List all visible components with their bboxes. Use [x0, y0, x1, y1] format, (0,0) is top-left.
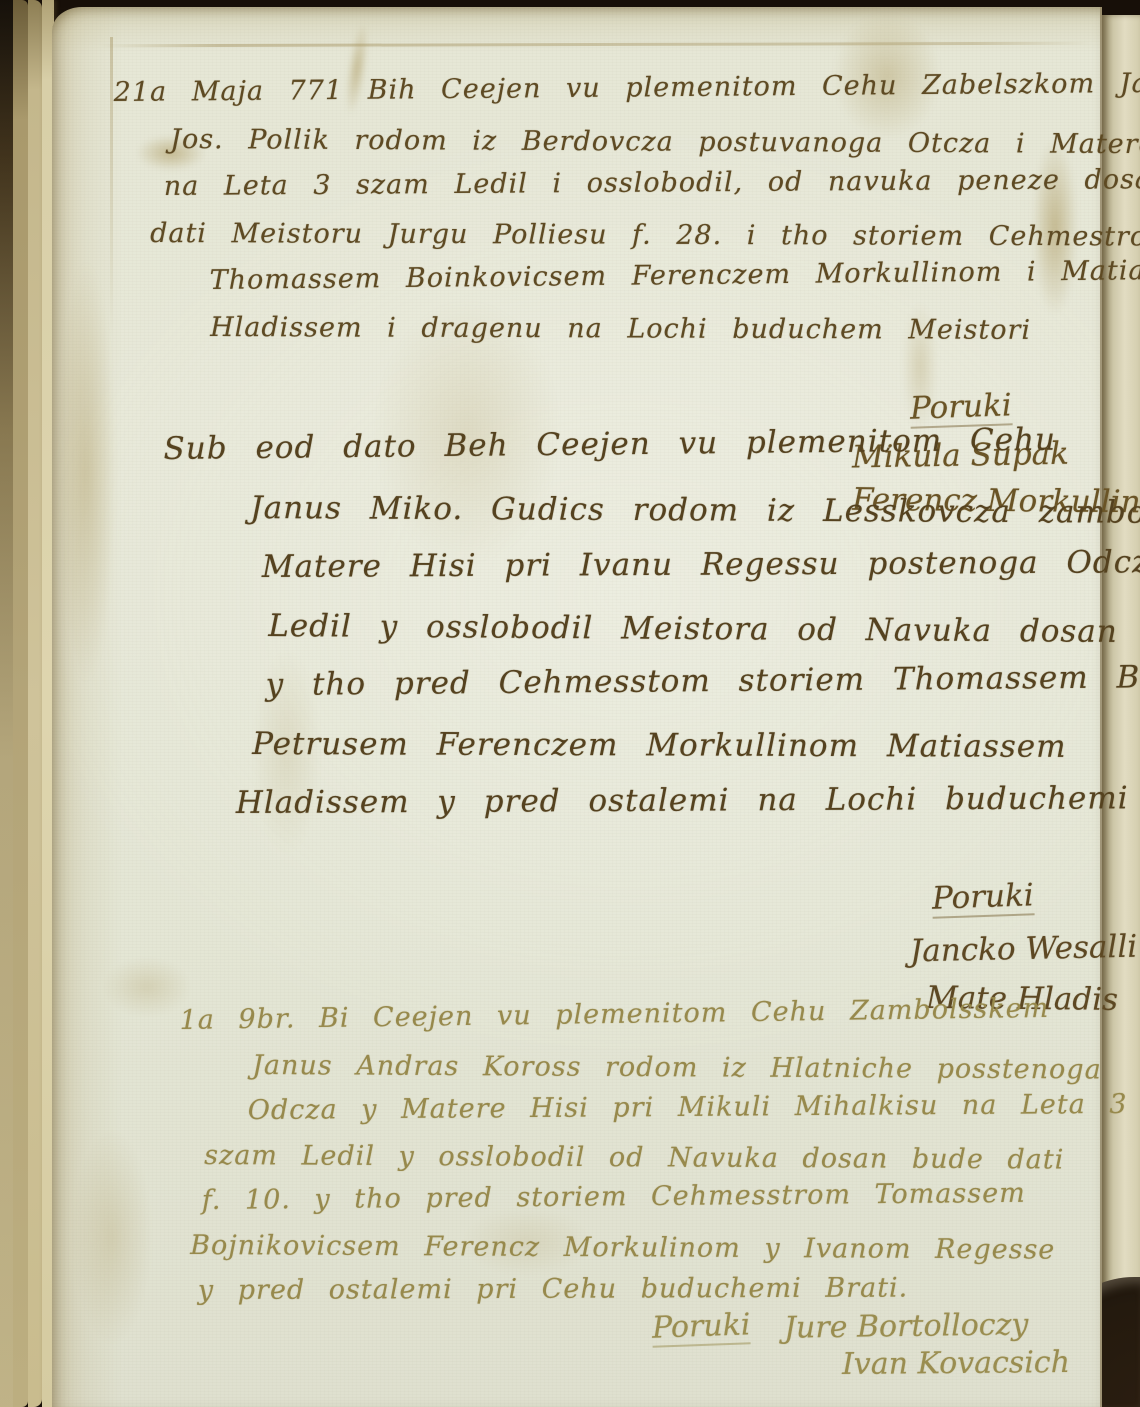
manuscript-page: 21a Maja 771 Bih Ceejen vu plemenitom Ce… — [52, 7, 1102, 1407]
manuscript-line: Petrusem Ferenczem Morkullinom Matiassem — [252, 726, 1140, 789]
manuscript-line: Sub eod dato Beh Ceejen vu plemenitom Ce… — [163, 417, 1140, 490]
witness-signature: Jure Bortolloczy — [784, 1307, 1029, 1345]
witness-signature: Jancko Wesalli — [910, 929, 1138, 984]
manuscript-line: 1a 9br. Bi Ceejen vu plemenitom Cehu Zam… — [179, 992, 1127, 1050]
manuscript-line: na Leta 3 szam Ledil i osslobodil, od na… — [164, 163, 1140, 218]
fold-crease-top — [100, 42, 1092, 48]
manuscript-line: Odcza y Matere Hisi pri Mikuli Mihalkisu… — [248, 1089, 1128, 1140]
register-entry-2: Sub eod dato Beh Ceejen vu plemenitom Ce… — [140, 431, 1140, 844]
manuscript-line: Hladissem y pred ostalemi na Lochi buduc… — [236, 778, 1140, 844]
witnesses-label: Poruki — [931, 877, 1034, 919]
manuscript-line: y tho pred Cehmesstom storiem Thomassem … — [265, 656, 1140, 726]
witnesses-label: Poruki — [651, 1307, 751, 1347]
manuscript-line: Thomassem Boinkovicsem Ferenczem Morkull… — [210, 254, 1140, 312]
manuscript-line: 21a Maja 771 Bih Ceejen vu plemenitom Ce… — [114, 67, 1140, 124]
register-entry-1: 21a Maja 771 Bih Ceejen vu plemenitom Ce… — [114, 77, 1140, 359]
page-edge-left-2 — [28, 0, 42, 1407]
witness-signature: Ivan Kovacsich — [842, 1345, 1070, 1382]
manuscript-line: Hladissem i dragenu na Lochi buduchem Me… — [210, 312, 1140, 363]
book-spine-edge — [0, 0, 13, 1407]
manuscript-line: Matere Hisi pri Ivanu Regessu postenoga … — [262, 543, 1140, 608]
ink-stain — [72, 1127, 152, 1347]
ink-stain — [56, 257, 116, 687]
fold-crease-left — [110, 37, 113, 337]
register-entry-3: 1a 9br. Bi Ceejen vu plemenitom Cehu Zam… — [162, 1005, 1128, 1320]
page-edge-left-1 — [13, 0, 28, 1407]
manuscript-line: f. 10. y tho pred storiem Cehmesstrom To… — [202, 1177, 1128, 1230]
manuscript-photo: 21a Maja 771 Bih Ceejen vu plemenitom Ce… — [0, 0, 1140, 1407]
witness-signatures-3: PorukiJure BortolloczyIvan Kovacsich — [652, 1309, 1070, 1381]
